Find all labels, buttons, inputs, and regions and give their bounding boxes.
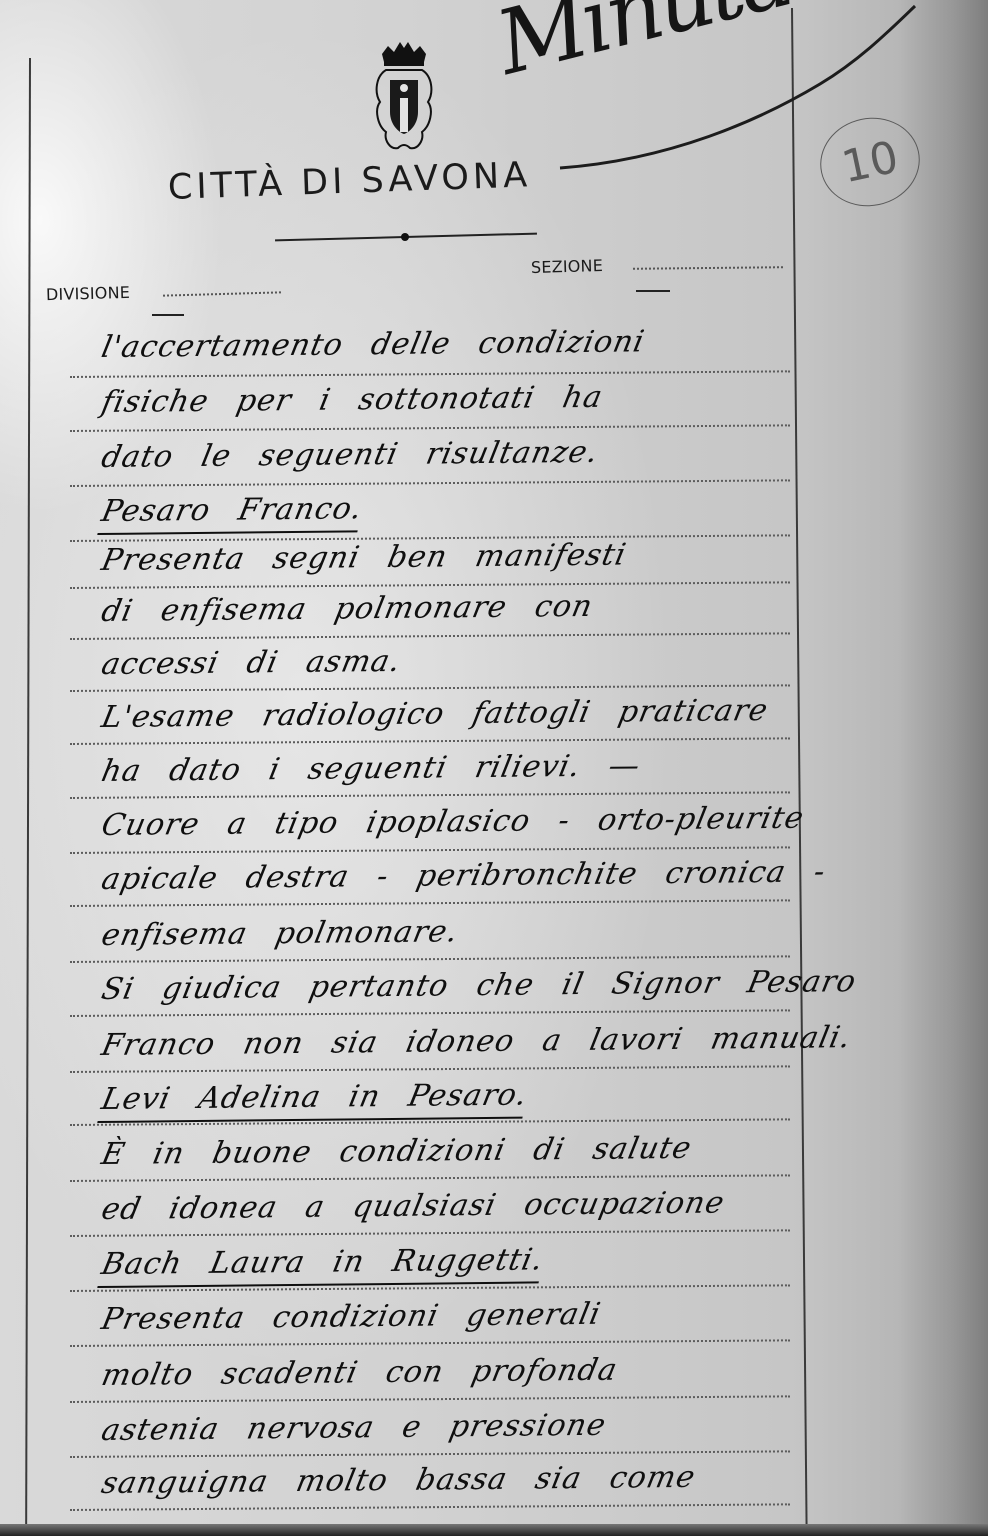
ruled-line [70, 791, 790, 799]
ruled-line [70, 737, 790, 745]
handwritten-line: ed idonea a qualsiasi occupazione [98, 1185, 727, 1227]
ruled-line [70, 684, 790, 692]
handwritten-line: Si giudica pertanto che il Signor Pesaro [98, 964, 859, 1007]
patient-name-heading: Bach Laura in Ruggetti. [98, 1242, 546, 1282]
ruled-line [70, 370, 790, 378]
ruled-line [70, 955, 790, 963]
ruled-line [70, 479, 790, 487]
ruled-line [70, 1450, 790, 1458]
handwritten-line: astenia nervosa e pressione [98, 1408, 609, 1448]
handwritten-line: Presenta condizioni generali [98, 1297, 604, 1337]
handwritten-line: fisiche per i sottonotati ha [98, 380, 605, 420]
handwritten-line: accessi di asma. [98, 644, 404, 682]
ruled-line [70, 1395, 790, 1403]
handwritten-line: enfisema polmonare. [98, 914, 461, 953]
ruled-line [70, 1118, 790, 1126]
ruled-line [70, 899, 790, 907]
handwritten-line: È in buone condizioni di salute [98, 1131, 694, 1172]
handwritten-line: Franco non sia idoneo a lavori manuali. [98, 1020, 854, 1063]
handwritten-line: l'accertamento delle condizioni [98, 324, 647, 365]
handwritten-line: L'esame radiologico fattogli praticare [98, 693, 771, 735]
ruled-line [70, 581, 790, 589]
handwritten-line: apicale destra - peribronchite cronica - [98, 854, 829, 897]
handwritten-line: molto scadenti con profonda [98, 1353, 620, 1393]
patient-name-heading: Levi Adelina in Pesaro. [98, 1078, 530, 1118]
ruled-line [70, 424, 790, 432]
ruled-line [70, 1009, 790, 1017]
ruled-line [70, 846, 790, 854]
handwritten-line: sanguigna molto bassa sia come [98, 1460, 698, 1501]
ruled-line [70, 1503, 790, 1511]
page-bottom-edge [0, 1524, 988, 1536]
ruled-line [70, 1284, 790, 1292]
page-edge-shadow [898, 0, 988, 1536]
handwritten-line: Presenta segni ben manifesti [98, 537, 629, 578]
ruled-line [70, 1339, 790, 1347]
ruled-line [70, 1065, 790, 1073]
handwritten-line: ha dato i seguenti rilievi. — [98, 748, 643, 789]
handwritten-line: Cuore a tipo ipoplasico - orto-pleurite [98, 801, 807, 843]
handwritten-line: dato le seguenti risultanze. [98, 435, 601, 475]
ruled-line [70, 632, 790, 640]
ruled-line [70, 1229, 790, 1237]
handwritten-line: di enfisema polmonare con [98, 589, 596, 629]
ruled-line [70, 1174, 790, 1182]
patient-name-heading: Pesaro Franco. [98, 491, 365, 529]
handwritten-body: l'accertamento delle condizioni fisiche … [70, 0, 790, 1536]
